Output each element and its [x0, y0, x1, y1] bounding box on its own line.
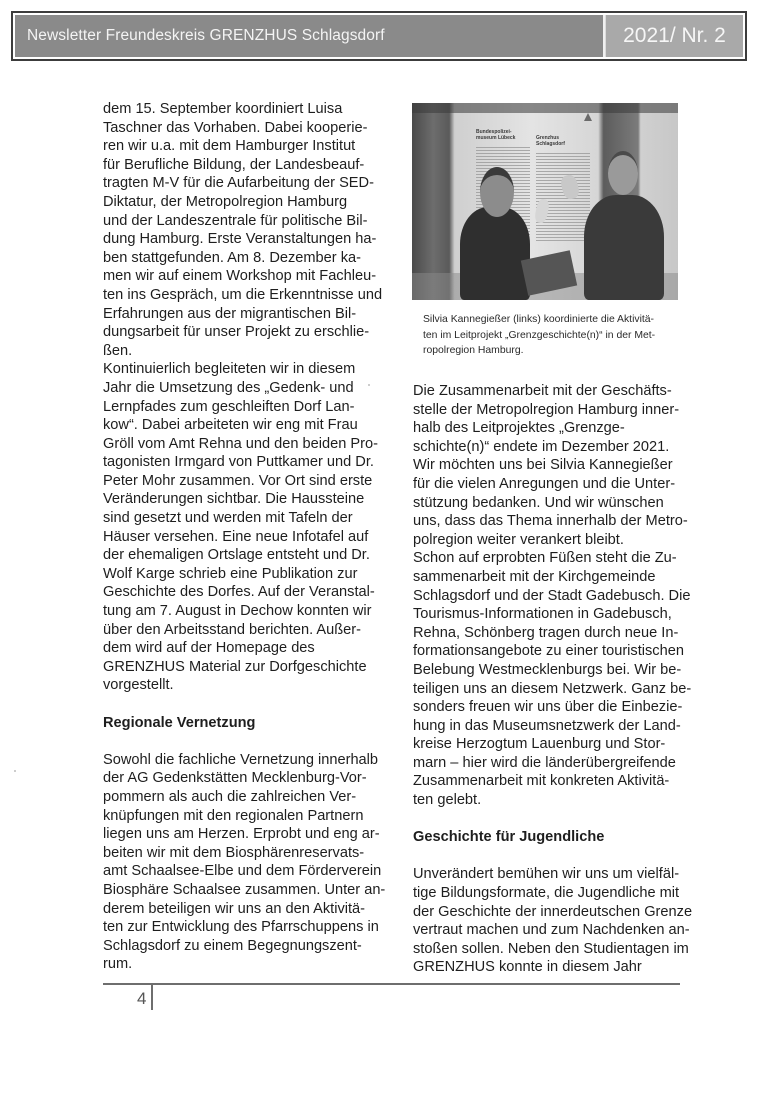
text-line: ten ins Gespräch, um die Erkenntnisse un…	[103, 286, 393, 305]
text-line: men wir auf einem Workshop mit Fachleu-	[103, 267, 393, 286]
header-issue-box: 2021/ Nr. 2	[605, 15, 743, 57]
text-line: Jahr die Umsetzung des „Gedenk- und	[103, 379, 393, 398]
text-line: tagonisten Irmgard von Puttkamer und Dr.	[103, 453, 393, 472]
text-line: knüpfungen mit den regionalen Partnern	[103, 807, 393, 826]
caption-line: ropolregion Hamburg.	[423, 343, 683, 359]
text-line: teiligen uns an diesem Netzwerk. Ganz be…	[413, 680, 703, 699]
poster-logo-icon	[584, 113, 592, 121]
text-line: Häuser versehen. Eine neue Infotafel auf	[103, 528, 393, 547]
text-line: kow“. Dabei arbeiteten wir eng mit Frau	[103, 416, 393, 435]
text-line: vorgestellt.	[103, 676, 393, 695]
text-line: amt Schaalsee-Elbe und dem Förderverein	[103, 862, 393, 881]
text-line: Sowohl die fachliche Vernetzung innerhal…	[103, 751, 393, 770]
newsletter-header: Newsletter Freundeskreis GRENZHUS Schlag…	[11, 11, 747, 61]
text-line: Kontinuierlich begleiteten wir in diesem	[103, 360, 393, 379]
text-line: Belebung Westmecklenburgs bei. Wir be-	[413, 661, 703, 680]
right-column: Die Zusammenarbeit mit der Geschäfts- st…	[413, 382, 703, 977]
text-line: der Geschichte der innerdeutschen Grenze	[413, 903, 703, 922]
text-line: Zusammenarbeit mit konkreten Aktivitä-	[413, 772, 703, 791]
text-line: marn – hier wird die länderübergreifende	[413, 754, 703, 773]
text-line: Wir möchten uns bei Silvia Kannegießer	[413, 456, 703, 475]
text-line: Unverändert bemühen wir uns um vielfäl-	[413, 865, 703, 884]
footer-divider	[151, 984, 153, 1010]
issue-number: 2021/ Nr. 2	[623, 24, 726, 48]
text-line: sonders freuen wir uns über die Einbezie…	[413, 698, 703, 717]
text-line: Schlagsdorf und der Stadt Gadebusch. Die	[413, 587, 703, 606]
text-line: Erfahrungen aus der migrantischen Bil-	[103, 305, 393, 324]
text-line: vertraut machen und zum Nachdenken an-	[413, 921, 703, 940]
event-photo: Bundespolizei-museum Lübeck GrenzhusSchl…	[412, 103, 678, 300]
paragraph-gap	[103, 695, 393, 714]
text-line: für die vielen Anregungen und die Unter-	[413, 475, 703, 494]
text-line: sind gesetzt und werden mit Tafeln der	[103, 509, 393, 528]
text-line: tige Bildungsformate, die Jugendliche mi…	[413, 884, 703, 903]
text-line: GRENZHUS Material zur Dorfgeschichte	[103, 658, 393, 677]
text-line: sammenarbeit mit der Kirchgemeinde	[413, 568, 703, 587]
text-line: und der Landeszentrale für politische Bi…	[103, 212, 393, 231]
text-line: dem wird auf der Homepage des	[103, 639, 393, 658]
text-line: Tourismus-Informationen in Gadebusch,	[413, 605, 703, 624]
text-line: dung Hamburg. Erste Veranstaltungen ha-	[103, 230, 393, 249]
text-line: Schon auf erprobten Füßen steht die Zu-	[413, 549, 703, 568]
text-line: Wolf Karge schrieb eine Publikation zur	[103, 565, 393, 584]
scan-speck	[14, 770, 16, 772]
text-line: Geschichte des Dorfes. Auf der Veranstal…	[103, 583, 393, 602]
text-line: der AG Gedenkstätten Mecklenburg-Vor-	[103, 769, 393, 788]
text-line: rum.	[103, 955, 393, 974]
text-line: über den Arbeitsstand berichten. Außer-	[103, 621, 393, 640]
text-line: Schlagsdorf zu einem Begegnungszent-	[103, 937, 393, 956]
scan-speck	[368, 384, 370, 386]
text-line: schichte(n)“ endete im Dezember 2021.	[413, 438, 703, 457]
paragraph-gap	[413, 847, 703, 866]
text-line: stelle der Metropolregion Hamburg inner-	[413, 401, 703, 420]
text-line: ten gelebt.	[413, 791, 703, 810]
newsletter-title: Newsletter Freundeskreis GRENZHUS Schlag…	[27, 27, 385, 45]
text-line: ßen.	[103, 342, 393, 361]
text-line: polregion weiter verankert bleibt.	[413, 531, 703, 550]
text-line: Rehna, Schönberg tragen durch neue In-	[413, 624, 703, 643]
page-number: 4	[137, 989, 146, 1009]
poster-title-left: Bundespolizei-museum Lübeck	[476, 129, 515, 141]
photo-caption: Silvia Kannegießer (links) koordinierte …	[423, 312, 683, 359]
text-line: ren wir u.a. mit dem Hamburger Institut	[103, 137, 393, 156]
photo-person-left-head	[480, 167, 514, 217]
text-line: hung in das Museumsnetzwerk der Land-	[413, 717, 703, 736]
photo-person-right-head	[608, 151, 638, 195]
text-line: halb des Leitprojektes „Grenzge-	[413, 419, 703, 438]
text-line: formationsangebote zu einer touristische…	[413, 642, 703, 661]
text-line: tung am 7. August in Dechow konnten wir	[103, 602, 393, 621]
text-line: ben stattgefunden. Am 8. Dezember ka-	[103, 249, 393, 268]
text-line: uns, dass das Thema innerhalb der Metro-	[413, 512, 703, 531]
poster-title-right: GrenzhusSchlagsdorf	[536, 135, 565, 147]
text-line: dem 15. September koordiniert Luisa	[103, 100, 393, 119]
section-heading-regionale-vernetzung: Regionale Vernetzung	[103, 714, 393, 733]
photo-person-right	[584, 195, 664, 300]
text-line: Gröll vom Amt Rehna und den beiden Pro-	[103, 435, 393, 454]
text-line: pommern als auch die zahlreichen Ver-	[103, 788, 393, 807]
photo-person-left	[460, 207, 530, 300]
caption-line: ten im Leitprojekt „Grenzgeschichte(n)“ …	[423, 328, 683, 344]
caption-line: Silvia Kannegießer (links) koordinierte …	[423, 312, 683, 328]
text-line: liegen uns am Herzen. Erprobt und eng ar…	[103, 825, 393, 844]
footer-rule	[103, 983, 680, 985]
text-line: Lernpfades zum geschleiften Dorf Lan-	[103, 398, 393, 417]
paragraph-gap	[103, 732, 393, 751]
section-heading-geschichte-fuer-jugendliche: Geschichte für Jugendliche	[413, 828, 703, 847]
text-line: Taschner das Vorhaben. Dabei kooperie-	[103, 119, 393, 138]
text-line: stützung bedanken. Und wir wünschen	[413, 494, 703, 513]
text-line: stoßen sollen. Neben den Studientagen im	[413, 940, 703, 959]
text-line: dungsarbeit für unser Projekt zu erschli…	[103, 323, 393, 342]
text-line: ten zur Entwicklung des Pfarrschuppens i…	[103, 918, 393, 937]
photo-ceiling	[412, 103, 678, 113]
text-line: tragten M-V für die Aufarbeitung der SED…	[103, 174, 393, 193]
text-line: Die Zusammenarbeit mit der Geschäfts-	[413, 382, 703, 401]
text-line: Veränderungen sichtbar. Die Haussteine	[103, 490, 393, 509]
text-line: Peter Mohr zusammen. Vor Ort sind erste	[103, 472, 393, 491]
text-line: derem beteiligen wir uns an den Aktivitä…	[103, 900, 393, 919]
text-line: für Berufliche Bildung, der Landesbeauf-	[103, 156, 393, 175]
header-title-box: Newsletter Freundeskreis GRENZHUS Schlag…	[15, 15, 605, 57]
left-column: dem 15. September koordiniert Luisa Tasc…	[103, 100, 393, 974]
text-line: GRENZHUS konnte in diesem Jahr	[413, 958, 703, 977]
text-line: der ehemaligen Ortslage entsteht und Dr.	[103, 546, 393, 565]
text-line: beiten wir mit dem Biosphärenreservats-	[103, 844, 393, 863]
paragraph-gap	[413, 810, 703, 829]
poster-text-right	[536, 153, 590, 243]
text-line: Biosphäre Schaalsee zusammen. Unter an-	[103, 881, 393, 900]
text-line: Diktatur, der Metropolregion Hamburg	[103, 193, 393, 212]
text-line: kreise Herzogtum Lauenburg und Stor-	[413, 735, 703, 754]
